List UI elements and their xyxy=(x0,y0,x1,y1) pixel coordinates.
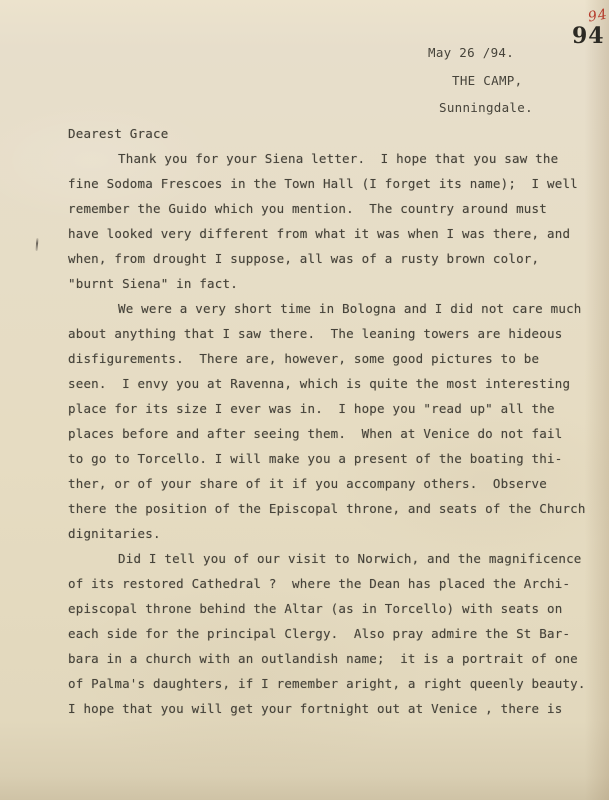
letter-line: dignitaries. xyxy=(68,521,593,546)
letter-line: about anything that I saw there. The lea… xyxy=(68,321,593,346)
letter-line: We were a very short time in Bologna and… xyxy=(68,296,593,321)
letter-address-line-1: THE CAMP, xyxy=(452,73,522,88)
letter-line: place for its size I ever was in. I hope… xyxy=(68,396,593,421)
letter-line: when, from drought I suppose, all was of… xyxy=(68,246,593,271)
letter-line: remember the Guido which you mention. Th… xyxy=(68,196,593,221)
letter-line: of Palma's daughters, if I remember arig… xyxy=(68,671,593,696)
letter-line: there the position of the Episcopal thro… xyxy=(68,496,593,521)
letter-body: Dearest Grace Thank you for your Siena l… xyxy=(68,121,593,721)
stray-ink-mark xyxy=(36,238,39,251)
letter-line: places before and after seeing them. Whe… xyxy=(68,421,593,446)
letter-line: of its restored Cathedral ? where the De… xyxy=(68,571,593,596)
letter-line: seen. I envy you at Ravenna, which is qu… xyxy=(68,371,593,396)
letter-line: I hope that you will get your fortnight … xyxy=(68,696,593,721)
letter-line: to go to Torcello. I will make you a pre… xyxy=(68,446,593,471)
letter-line: Thank you for your Siena letter. I hope … xyxy=(68,146,593,171)
letter-line: disfigurements. There are, however, some… xyxy=(68,346,593,371)
letter-line: "burnt Siena" in fact. xyxy=(68,271,593,296)
letter-line: Did I tell you of our visit to Norwich, … xyxy=(68,546,593,571)
letter-address-line-2: Sunningdale. xyxy=(439,100,533,115)
letter-page: 94 94 May 26 /94. THE CAMP, Sunningdale.… xyxy=(0,0,609,800)
letter-line: bara in a church with an outlandish name… xyxy=(68,646,593,671)
stamped-page-number: 94 xyxy=(572,23,605,49)
letter-salutation: Dearest Grace xyxy=(68,121,593,146)
letter-line: fine Sodoma Frescoes in the Town Hall (I… xyxy=(68,171,593,196)
letter-line: episcopal throne behind the Altar (as in… xyxy=(68,596,593,621)
letter-line: each side for the principal Clergy. Also… xyxy=(68,621,593,646)
letter-line: have looked very different from what it … xyxy=(68,221,593,246)
letter-line: ther, or of your share of it if you acco… xyxy=(68,471,593,496)
letter-date: May 26 /94. xyxy=(428,45,514,60)
